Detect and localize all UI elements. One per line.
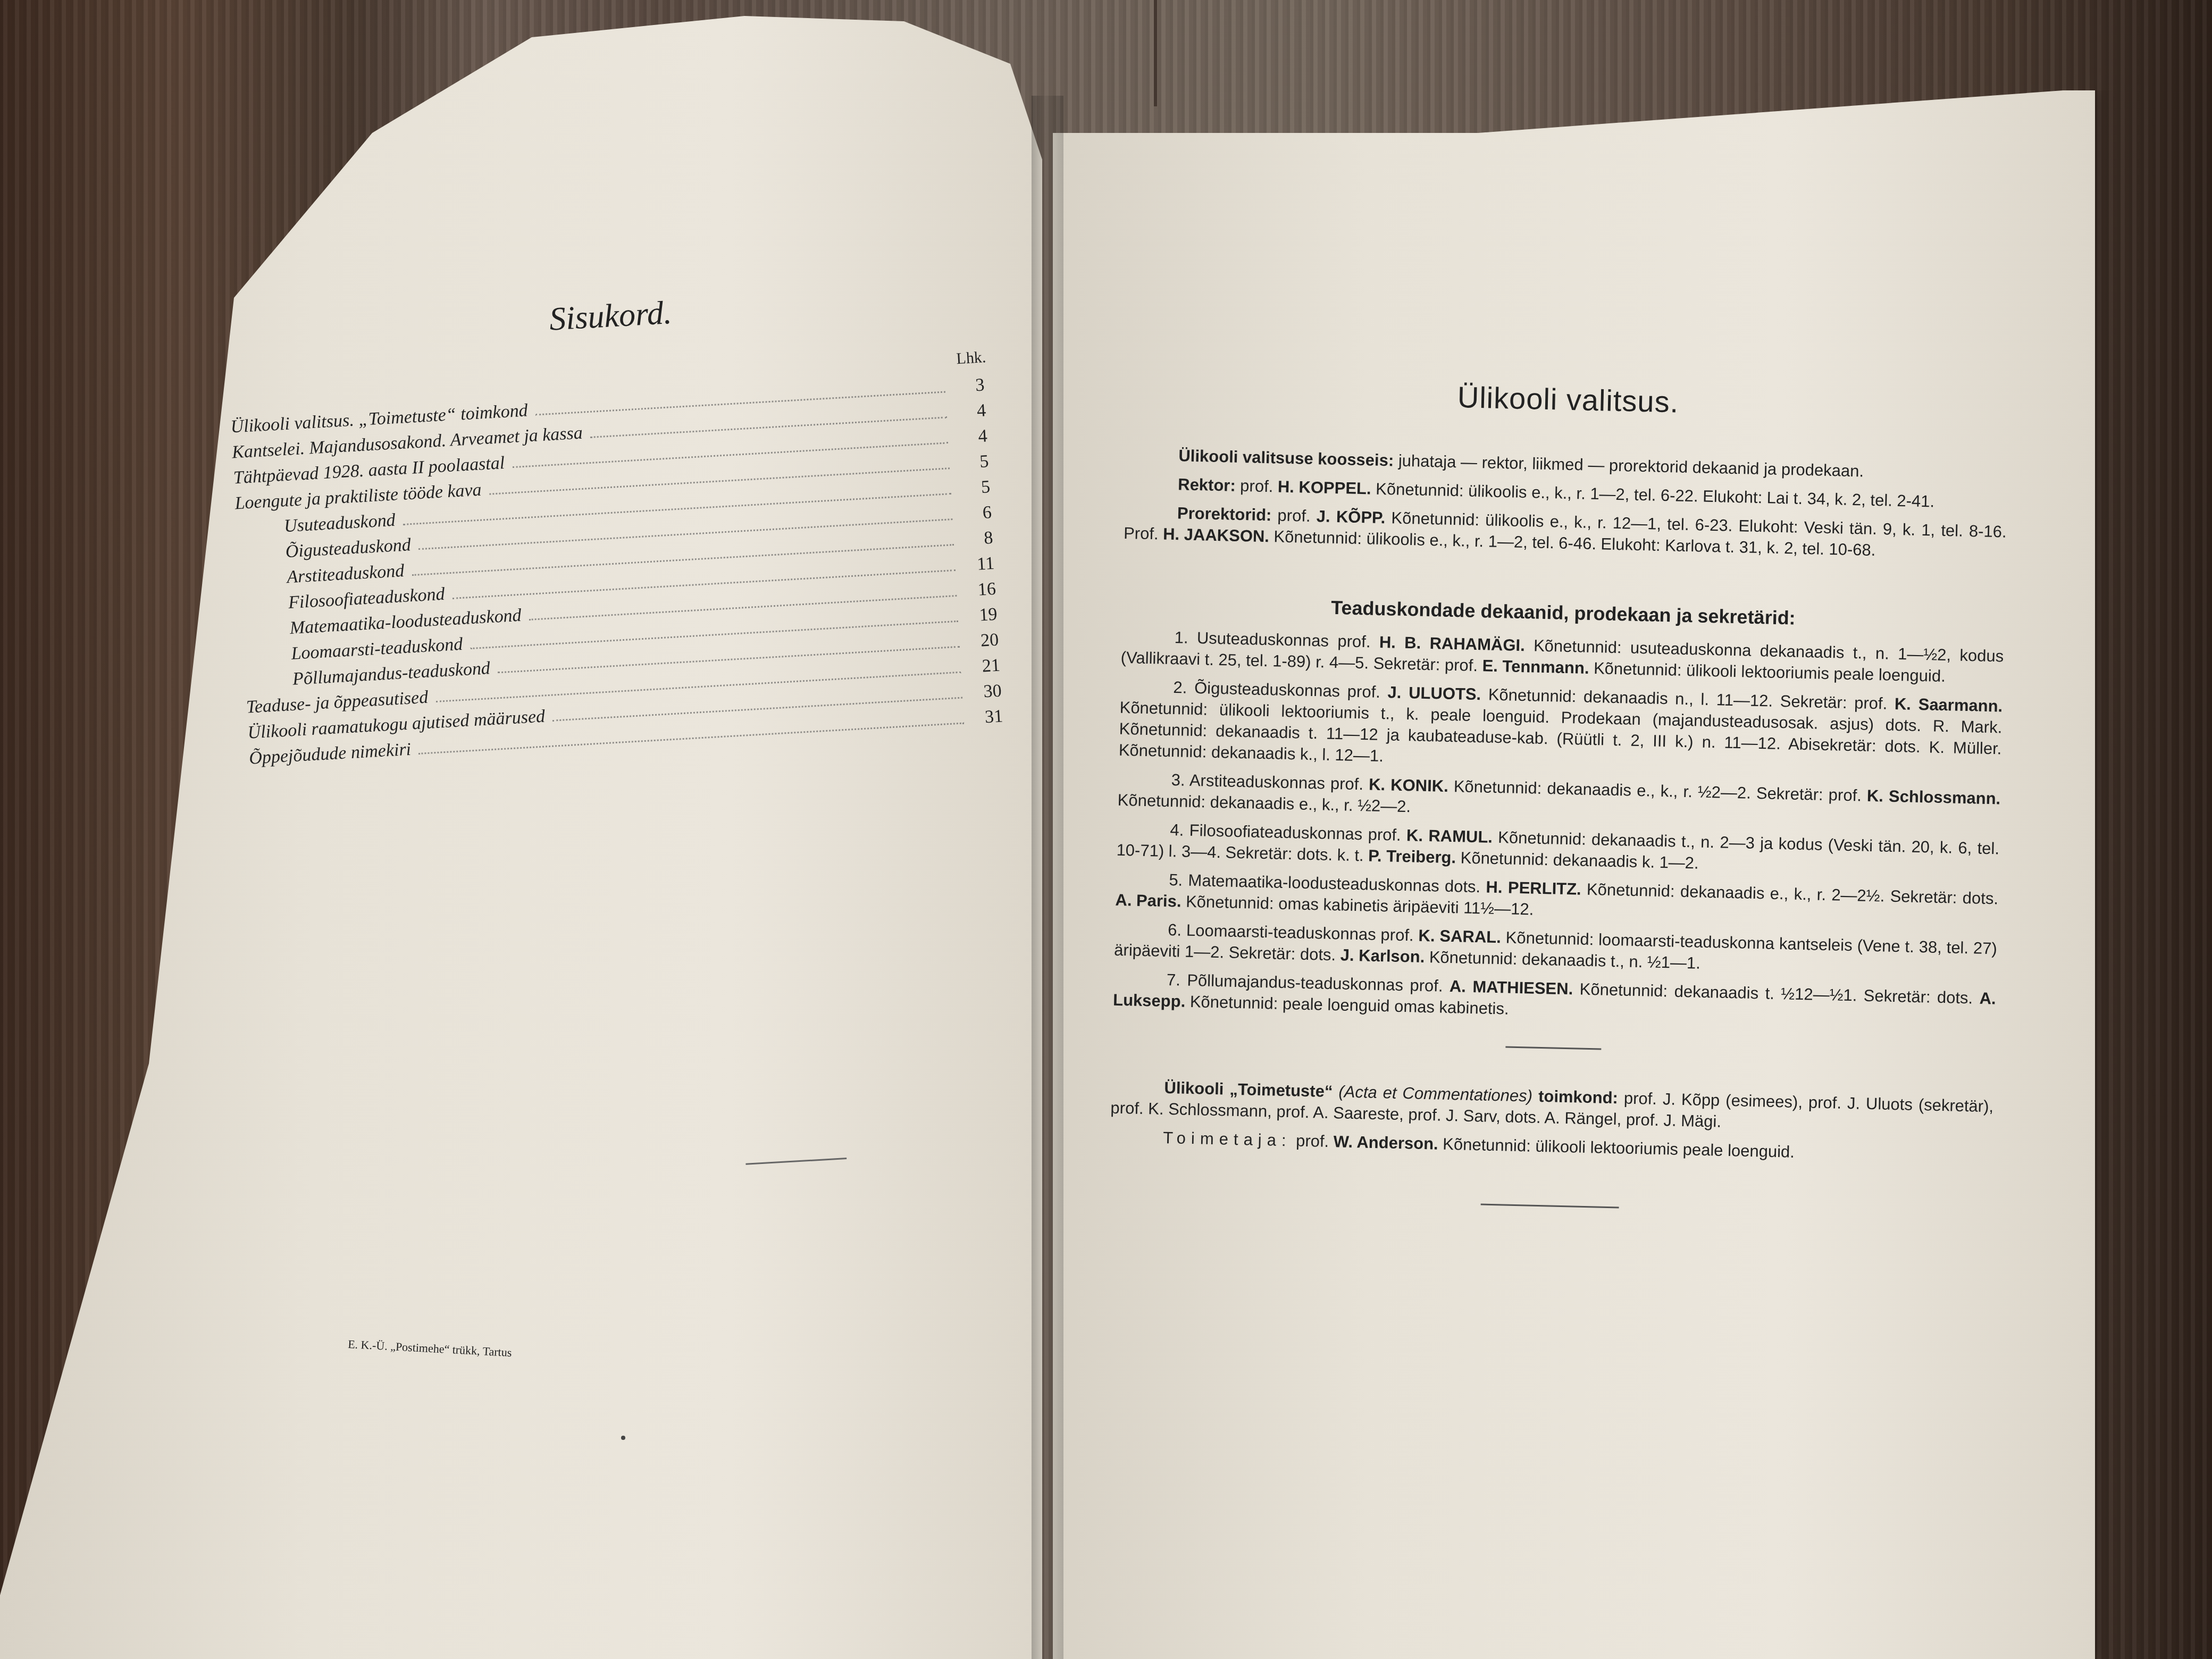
toc-list: Ülikooli valitsus. „Toimetuste“ toimkond…: [230, 375, 1004, 774]
toc-entry-page: 8: [961, 528, 994, 550]
toc-entry-page: 20: [966, 630, 999, 652]
toc-title: Sisukord.: [548, 294, 673, 339]
left-page: [0, 0, 1042, 1659]
deans-list: 1. Usuteaduskonnas prof. H. B. RAHAMÄGI.…: [1113, 626, 2004, 1030]
toc-entry-page: 11: [962, 554, 995, 575]
table-board-seam: [1154, 0, 1157, 106]
toc-entry-page: 30: [969, 681, 1002, 702]
toc-entry-page: 3: [952, 375, 985, 397]
toc-entry-page: 5: [956, 451, 989, 473]
dean-entry: 2. Õigusteaduskonnas prof. J. ULUOTS. Kõ…: [1118, 676, 2002, 781]
divider: [1505, 1046, 1601, 1050]
toc-entry-page: 31: [970, 706, 1003, 728]
university-administration: Ülikooli valitsus. Ülikooli valitsuse ko…: [1109, 372, 2010, 1217]
toc-entry-page: 16: [963, 579, 996, 601]
deans-heading: Teaduskondade dekaanid, prodekaan ja sek…: [1122, 592, 2005, 634]
toc-entry-page: 19: [965, 605, 998, 626]
paper-speck: [621, 1436, 625, 1440]
toc-entry-page: 21: [968, 656, 1001, 677]
toc-entry-page: 4: [955, 426, 988, 448]
book-gutter: [1032, 96, 1063, 1659]
toc-entry-page: 5: [958, 477, 991, 499]
toc-entry-page: 4: [953, 400, 986, 422]
toc-entry-page: 6: [959, 502, 992, 524]
toc-page-header: Lhk.: [956, 348, 987, 368]
